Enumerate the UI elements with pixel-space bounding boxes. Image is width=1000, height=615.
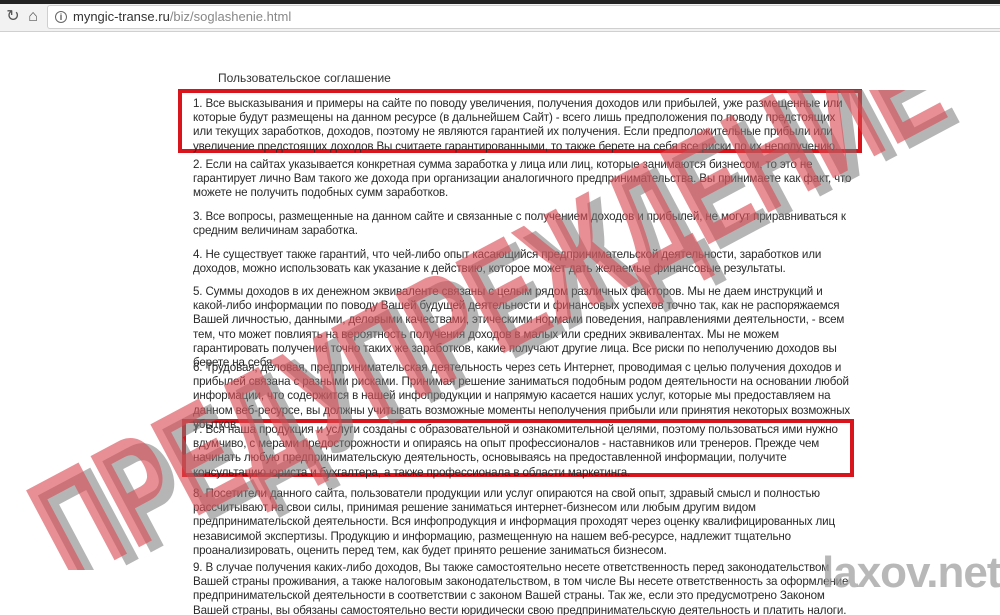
home-icon[interactable]: ⌂ <box>24 8 42 26</box>
paragraph-3: 3. Все вопросы, размещенные на данном са… <box>193 210 853 238</box>
paragraph-8: 8. Посетители данного сайта, пользовател… <box>193 487 853 558</box>
paragraph-9: 9. В случае получения каких-либо доходов… <box>193 561 853 615</box>
page-title: Пользовательское соглашение <box>218 71 391 85</box>
address-bar[interactable]: i myngic-transe.ru/biz/soglashenie.html <box>47 5 1000 29</box>
reload-icon[interactable]: ↻ <box>4 8 22 26</box>
paragraph-5: 5. Суммы доходов в их денежном эквивален… <box>193 285 853 370</box>
browser-toolbar: ↻ ⌂ i myngic-transe.ru/biz/soglashenie.h… <box>0 0 1000 32</box>
url-path: /biz/soglashenie.html <box>170 9 291 24</box>
page-content: Пользовательское соглашение 1. Все выска… <box>0 33 1000 615</box>
info-icon[interactable]: i <box>55 11 67 23</box>
url-domain: myngic-transe.ru <box>73 9 170 24</box>
paragraph-2: 2. Если на сайтах указывается конкретная… <box>193 158 853 201</box>
paragraph-7: 7. Вся наша продукция и услуги созданы с… <box>193 423 853 480</box>
paragraph-4: 4. Не существует также гарантий, что чей… <box>193 248 853 276</box>
paragraph-6: 6. Трудовая, деловая, предпринимательска… <box>193 361 853 432</box>
window-edge <box>0 0 1000 4</box>
paragraph-1: 1. Все высказывания и примеры на сайте п… <box>193 97 853 154</box>
